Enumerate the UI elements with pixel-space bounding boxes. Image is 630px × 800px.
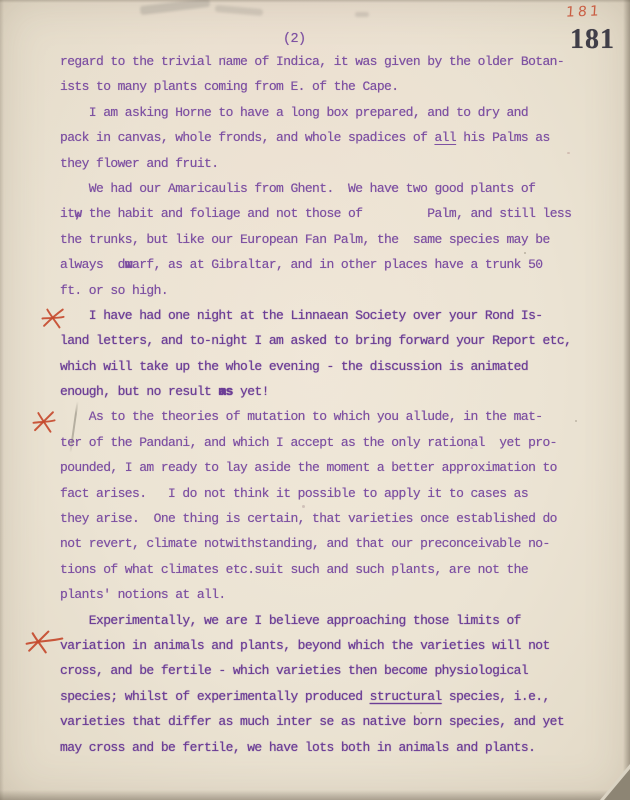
typed-line: varieties that differ as much inter se a… (60, 709, 600, 734)
typed-line: fact arises. I do not think it possible … (60, 481, 600, 506)
overtyped-chars: w, (74, 201, 81, 226)
ink-smudge (355, 12, 369, 17)
typed-line: pack in canvas, whole fronds, and whole … (60, 125, 600, 150)
typed-line: not revert, climate notwithstanding, and… (60, 531, 600, 556)
paragraph: Experimentally, we are I believe approac… (60, 608, 600, 760)
typed-line: Experimentally, we are I believe approac… (60, 608, 600, 633)
corner-cut-shadow (604, 769, 630, 800)
underlined-word: structural (370, 689, 442, 704)
typed-text: regard to the trivial name of Indica, it… (60, 49, 600, 760)
typed-line: pounded, I am ready to lay aside the mom… (60, 455, 600, 480)
typed-line: always dwmarf, as at Gibraltar, and in o… (60, 252, 600, 277)
typed-line: ists to many plants coming from E. of th… (60, 74, 600, 99)
paper-edge-left (0, 0, 4, 800)
overtyped-chars: wm (125, 252, 132, 277)
ink-smudge (215, 5, 263, 16)
typed-line: they flower and fruit. (60, 151, 600, 176)
paper-edge-top (0, 0, 630, 3)
typed-sheet-number: (2) (283, 32, 306, 47)
overtyped-chars: asms (218, 379, 232, 404)
typed-line: tions of what climates etc.suit such and… (60, 557, 600, 582)
paragraph: regard to the trivial name of Indica, it… (60, 49, 600, 100)
margin-asterisk-icon (24, 627, 64, 657)
letter-page: 181 181 (2) regard to the trivial name o… (0, 0, 630, 800)
typed-line: ft. or so high. (60, 278, 600, 303)
margin-asterisk-icon (31, 407, 57, 437)
paragraph: I am asking Horne to have a long box pre… (60, 100, 600, 176)
typed-line: I have had one night at the Linnaean Soc… (60, 303, 600, 328)
typed-line: cross, and be fertile - which varieties … (60, 658, 600, 683)
typed-line: ter of the Pandani, and which I accept a… (60, 430, 600, 455)
typed-line: they arise. One thing is certain, that v… (60, 506, 600, 531)
typed-line: land letters, and to-night I am asked to… (60, 328, 600, 353)
underlined-word: all (434, 130, 456, 145)
typed-line: species; whilst of experimentally produc… (60, 684, 600, 709)
handwritten-page-number: 181 (566, 3, 603, 20)
typed-line: itw, the habit and foliage and not those… (60, 201, 600, 226)
paragraph: As to the theories of mutation to which … (60, 404, 600, 607)
typed-line: I am asking Horne to have a long box pre… (60, 100, 600, 125)
typed-line: may cross and be fertile, we have lots b… (60, 735, 600, 760)
typed-line: plants' notions at all. (60, 582, 600, 607)
typed-line: regard to the trivial name of Indica, it… (60, 49, 600, 74)
typed-line: variation in animals and plants, beyond … (60, 633, 600, 658)
paragraph: We had our Amaricaulis from Ghent. We ha… (60, 176, 600, 303)
typed-line: As to the theories of mutation to which … (60, 404, 600, 429)
paper-edge-bottom (0, 790, 630, 800)
paragraph: I have had one night at the Linnaean Soc… (60, 303, 600, 405)
typed-line: which will take up the whole evening - t… (60, 354, 600, 379)
margin-asterisk-icon (40, 305, 66, 332)
paper-edge-right (623, 0, 630, 800)
typed-line: enough, but no result asms yet! (60, 379, 600, 404)
typed-line: the trunks, but like our European Fan Pa… (60, 227, 600, 252)
typed-line: We had our Amaricaulis from Ghent. We ha… (60, 176, 600, 201)
